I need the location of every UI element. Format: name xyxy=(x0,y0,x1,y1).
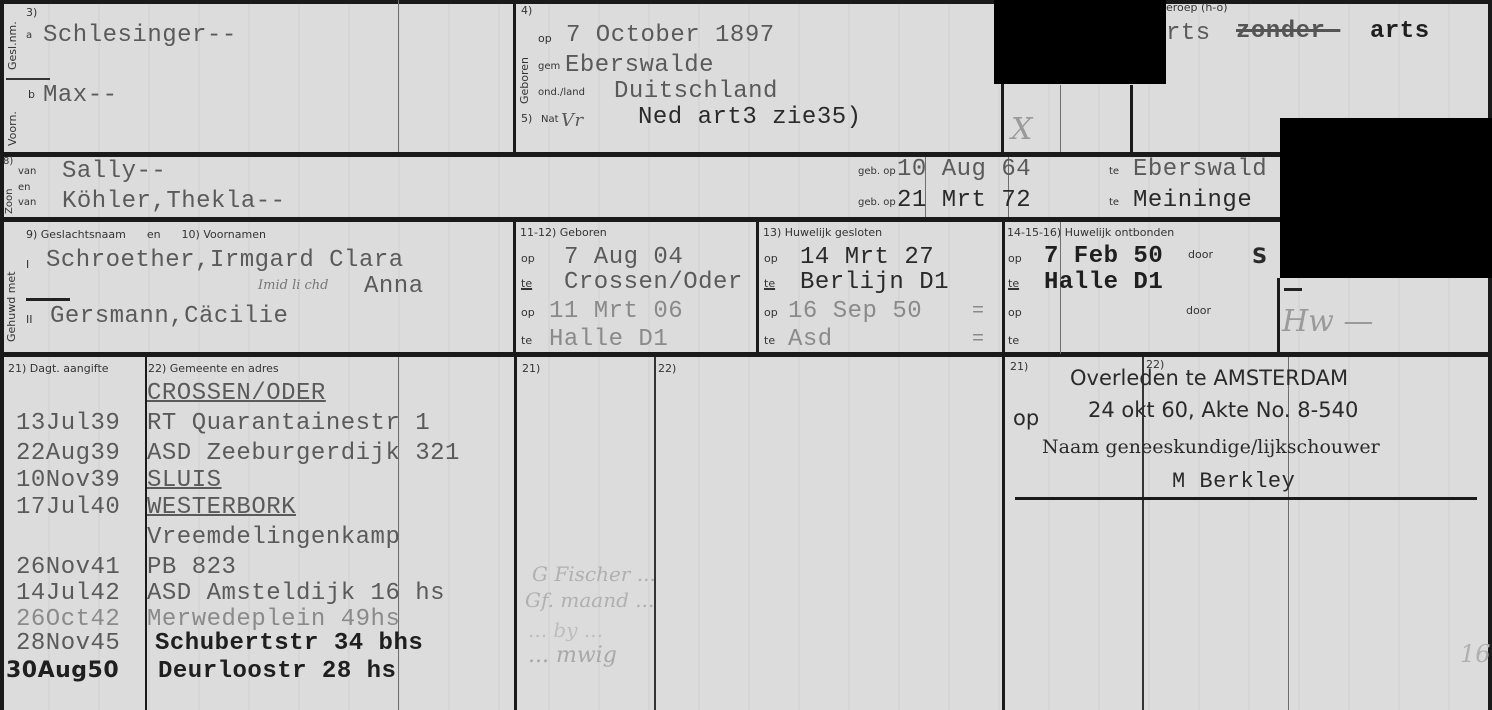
divider-name-birth xyxy=(513,0,516,155)
divider-marriage-divorce xyxy=(1002,222,1005,354)
spouse1-name: Schroether,Irmgard Clara xyxy=(46,247,404,274)
address-row-date: 26Nov41 xyxy=(16,554,120,581)
spouse2-marker: II xyxy=(26,313,33,326)
divider-spouse-birth xyxy=(513,222,516,354)
block2-handwritten-line-1: G Fischer ... xyxy=(532,562,656,586)
death-stamp-line-1: Overleden te AMSTERDAM xyxy=(1070,366,1348,390)
address-row-date: 26Oct42 xyxy=(16,606,120,633)
mother-birth-place: Meininge xyxy=(1133,187,1252,214)
marriage2-ditto-2: = xyxy=(972,328,985,351)
divorce-handwritten-note: Hw — xyxy=(1282,304,1373,339)
birth-section-number: 4) xyxy=(521,4,532,17)
birth-place: Eberswalde xyxy=(565,52,714,79)
spouse1-birth-date: 7 Aug 04 xyxy=(564,244,683,271)
marriage2-te-label: te xyxy=(764,334,775,347)
death-date-header: 21) xyxy=(1010,360,1028,373)
divider-block-2 xyxy=(514,357,517,710)
divorce1-date: 7 Feb 50 xyxy=(1044,243,1163,270)
margin-note: 16 xyxy=(1460,640,1491,668)
spouse2-birth-op-label: op xyxy=(521,306,535,319)
surname-vertical-label: Gesl.nm. xyxy=(6,21,19,70)
block2-date-header: 21) xyxy=(522,362,540,375)
divorce1-op-label: op xyxy=(1008,252,1022,265)
spouse2-name: Gersmann,Cäcilie xyxy=(50,303,288,330)
address-row-date: 28Nov45 xyxy=(16,630,120,657)
address-row-text: Merwedeplein 49hs xyxy=(147,606,400,633)
address-row-text: ASD Zeeburgerdijk 321 xyxy=(147,440,460,467)
nationality-value: Ned art3 zie35) xyxy=(638,104,862,131)
death-physician: M Berkley xyxy=(1172,469,1295,494)
address-row-text: Schubertstr 34 bhs xyxy=(155,630,423,657)
marriage1-op-label: op xyxy=(764,252,778,265)
address-row-date: 13Jul39 xyxy=(16,410,120,437)
divorce1-door-label: door xyxy=(1188,248,1213,261)
address-date-header: 21) Dagt. aangifte xyxy=(8,362,109,375)
divorce-header: 14-15-16) Huwelijk ontbonden xyxy=(1007,226,1174,239)
name-section-number: 3) xyxy=(26,6,37,19)
marriage1-te-label: te xyxy=(764,277,775,290)
profession-prefix: rts xyxy=(1166,20,1211,47)
divider-misc-profession xyxy=(1130,85,1133,152)
address-row-text: WESTERBORK xyxy=(147,494,296,521)
divorce2-door-label: door xyxy=(1186,304,1211,317)
surname-value: Schlesinger-- xyxy=(43,22,237,49)
firstname-value: Max-- xyxy=(43,82,118,109)
mother-te-label: te xyxy=(1109,197,1119,208)
surname-marker: a xyxy=(26,30,32,41)
death-stamp-line-2: 24 okt 60, Akte No. 8-540 xyxy=(1088,398,1358,422)
father-van-label: van xyxy=(18,166,36,177)
block2-address-header: 22) xyxy=(658,362,676,375)
spouses-header: 9) Geslachtsnaam en 10) Voornamen xyxy=(26,228,266,241)
spouse1-birth-place: Crossen/Oder xyxy=(564,269,743,296)
address-row-date: 22Aug39 xyxy=(16,440,120,467)
divider-divorce-extra xyxy=(1277,278,1280,354)
spouse1-birth-te-label: te xyxy=(521,277,532,290)
spouse1-handwritten-note: Imid li chd xyxy=(258,278,329,293)
redaction-block-top xyxy=(994,0,1166,84)
row-separator-3 xyxy=(0,352,1492,357)
address-row-text: ASD Amsteldijk 16 hs xyxy=(147,580,445,607)
block2-handwritten-line-4: ... mwig xyxy=(528,643,617,668)
profession-struck: zonder- xyxy=(1236,18,1340,45)
parents-en-label: en xyxy=(18,182,31,193)
divorce1-place: Halle D1 xyxy=(1044,269,1163,296)
divorce1-te-label: te xyxy=(1008,277,1019,290)
person-card: Gesl.nm. 3) a Schlesinger-- Voorn. b Max… xyxy=(0,0,1492,710)
divider-misc-sub xyxy=(1060,85,1061,152)
nat-code: Vr xyxy=(561,110,584,131)
spouse1-marker: I xyxy=(26,258,29,271)
divorce2-te-label: te xyxy=(1008,334,1019,347)
redaction-block-right xyxy=(1280,118,1492,278)
father-geb-op-label: geb. op xyxy=(858,166,896,177)
name-split-line xyxy=(6,78,50,80)
address-row-text: SLUIS xyxy=(147,467,222,494)
nat-label: Nat xyxy=(541,114,559,125)
address-row-date: 10Nov39 xyxy=(16,467,120,494)
address-header: 22) Gemeente en adres xyxy=(148,362,279,375)
firstname-marker: b xyxy=(28,88,35,101)
spouse1-birth-op-label: op xyxy=(521,252,535,265)
address-row-date: 17Jul40 xyxy=(16,494,120,521)
address-row-text: RT Quarantainestr 1 xyxy=(147,410,430,437)
block2-handwritten-line-3: ... by ... xyxy=(528,618,603,642)
address-row-text: PB 823 xyxy=(147,554,236,581)
mother-geb-op-label: geb. op xyxy=(858,197,896,208)
divorce2-op-label: op xyxy=(1008,306,1022,319)
row-separator-1 xyxy=(0,152,1280,157)
parents-vertical-label: Zoon xyxy=(4,189,15,214)
divider-name-sub xyxy=(398,0,399,152)
father-te-label: te xyxy=(1109,166,1119,177)
spouse2-birth-date: 11 Mrt 06 xyxy=(549,298,683,325)
mother-birth-date: 21 Mrt 72 xyxy=(897,187,1031,214)
divider-block-2-sub xyxy=(654,357,656,710)
marriage2-place: Asd xyxy=(788,326,833,353)
spouse2-birth-te-label: te xyxy=(521,334,532,347)
mother-van-label: van xyxy=(18,197,36,208)
divider-birth-marriage xyxy=(756,222,759,354)
marriage1-place: Berlijn D1 xyxy=(800,269,949,296)
father-birth-place: Eberswald xyxy=(1133,156,1267,183)
birth-date: 7 October 1897 xyxy=(566,22,775,49)
death-op-label: op xyxy=(1013,406,1039,430)
birth-gem-label: gem xyxy=(538,61,560,72)
birth-land-label: ond./land xyxy=(538,87,585,98)
address-row-date: 30Aug50 xyxy=(6,658,119,683)
spouse2-birth-place: Halle D1 xyxy=(549,326,668,353)
death-stamp-rule xyxy=(1015,497,1477,500)
birth-vertical-label: Geboren xyxy=(518,57,531,104)
divorce-dash xyxy=(1284,288,1302,291)
firstname-vertical-label: Voorn. xyxy=(6,111,19,146)
profession-value: arts xyxy=(1370,18,1430,45)
marriage2-op-label: op xyxy=(764,306,778,319)
address-row-text: Deurloostr 28 hs xyxy=(158,658,396,685)
address-row-text: Vreemdelingenkamp xyxy=(147,524,400,551)
divider-block-3 xyxy=(1002,357,1005,710)
marriage2-date: 16 Sep 50 xyxy=(788,298,922,325)
spouse1-name-line2: Anna xyxy=(364,273,424,300)
marriage2-ditto-1: = xyxy=(972,300,985,323)
father-name: Sally-- xyxy=(62,158,166,185)
spouse-split-line xyxy=(26,298,70,301)
spouses-vertical-label: Gehuwd met xyxy=(5,271,18,342)
top-border xyxy=(0,0,1492,4)
mother-name: Köhler,Thekla-- xyxy=(62,188,286,215)
address-row-date: 14Jul42 xyxy=(16,580,120,607)
father-birth-date: 10 Aug 64 xyxy=(897,156,1031,183)
parents-section-number: 8) xyxy=(3,156,13,167)
block2-handwritten-line-2: Gf. maand ... xyxy=(525,588,654,612)
marriage-header: 13) Huwelijk gesloten xyxy=(763,226,882,239)
misc-mark: X xyxy=(1011,112,1032,147)
nat-section-number: 5) xyxy=(521,112,532,125)
birth-op-label: op xyxy=(538,32,552,45)
row-separator-2 xyxy=(0,217,1280,222)
birth-country: Duitschland xyxy=(614,78,778,105)
divorce1-by: S xyxy=(1252,244,1267,268)
spouse-birth-header: 11-12) Geboren xyxy=(520,226,607,239)
marriage1-date: 14 Mrt 27 xyxy=(800,244,934,271)
profession-label: eroep (h-o) xyxy=(1166,1,1227,14)
address-row-text: CROSSEN/ODER xyxy=(147,380,326,407)
death-stamp-line-3: Naam geneeskundige/lijkschouwer xyxy=(1042,436,1380,458)
